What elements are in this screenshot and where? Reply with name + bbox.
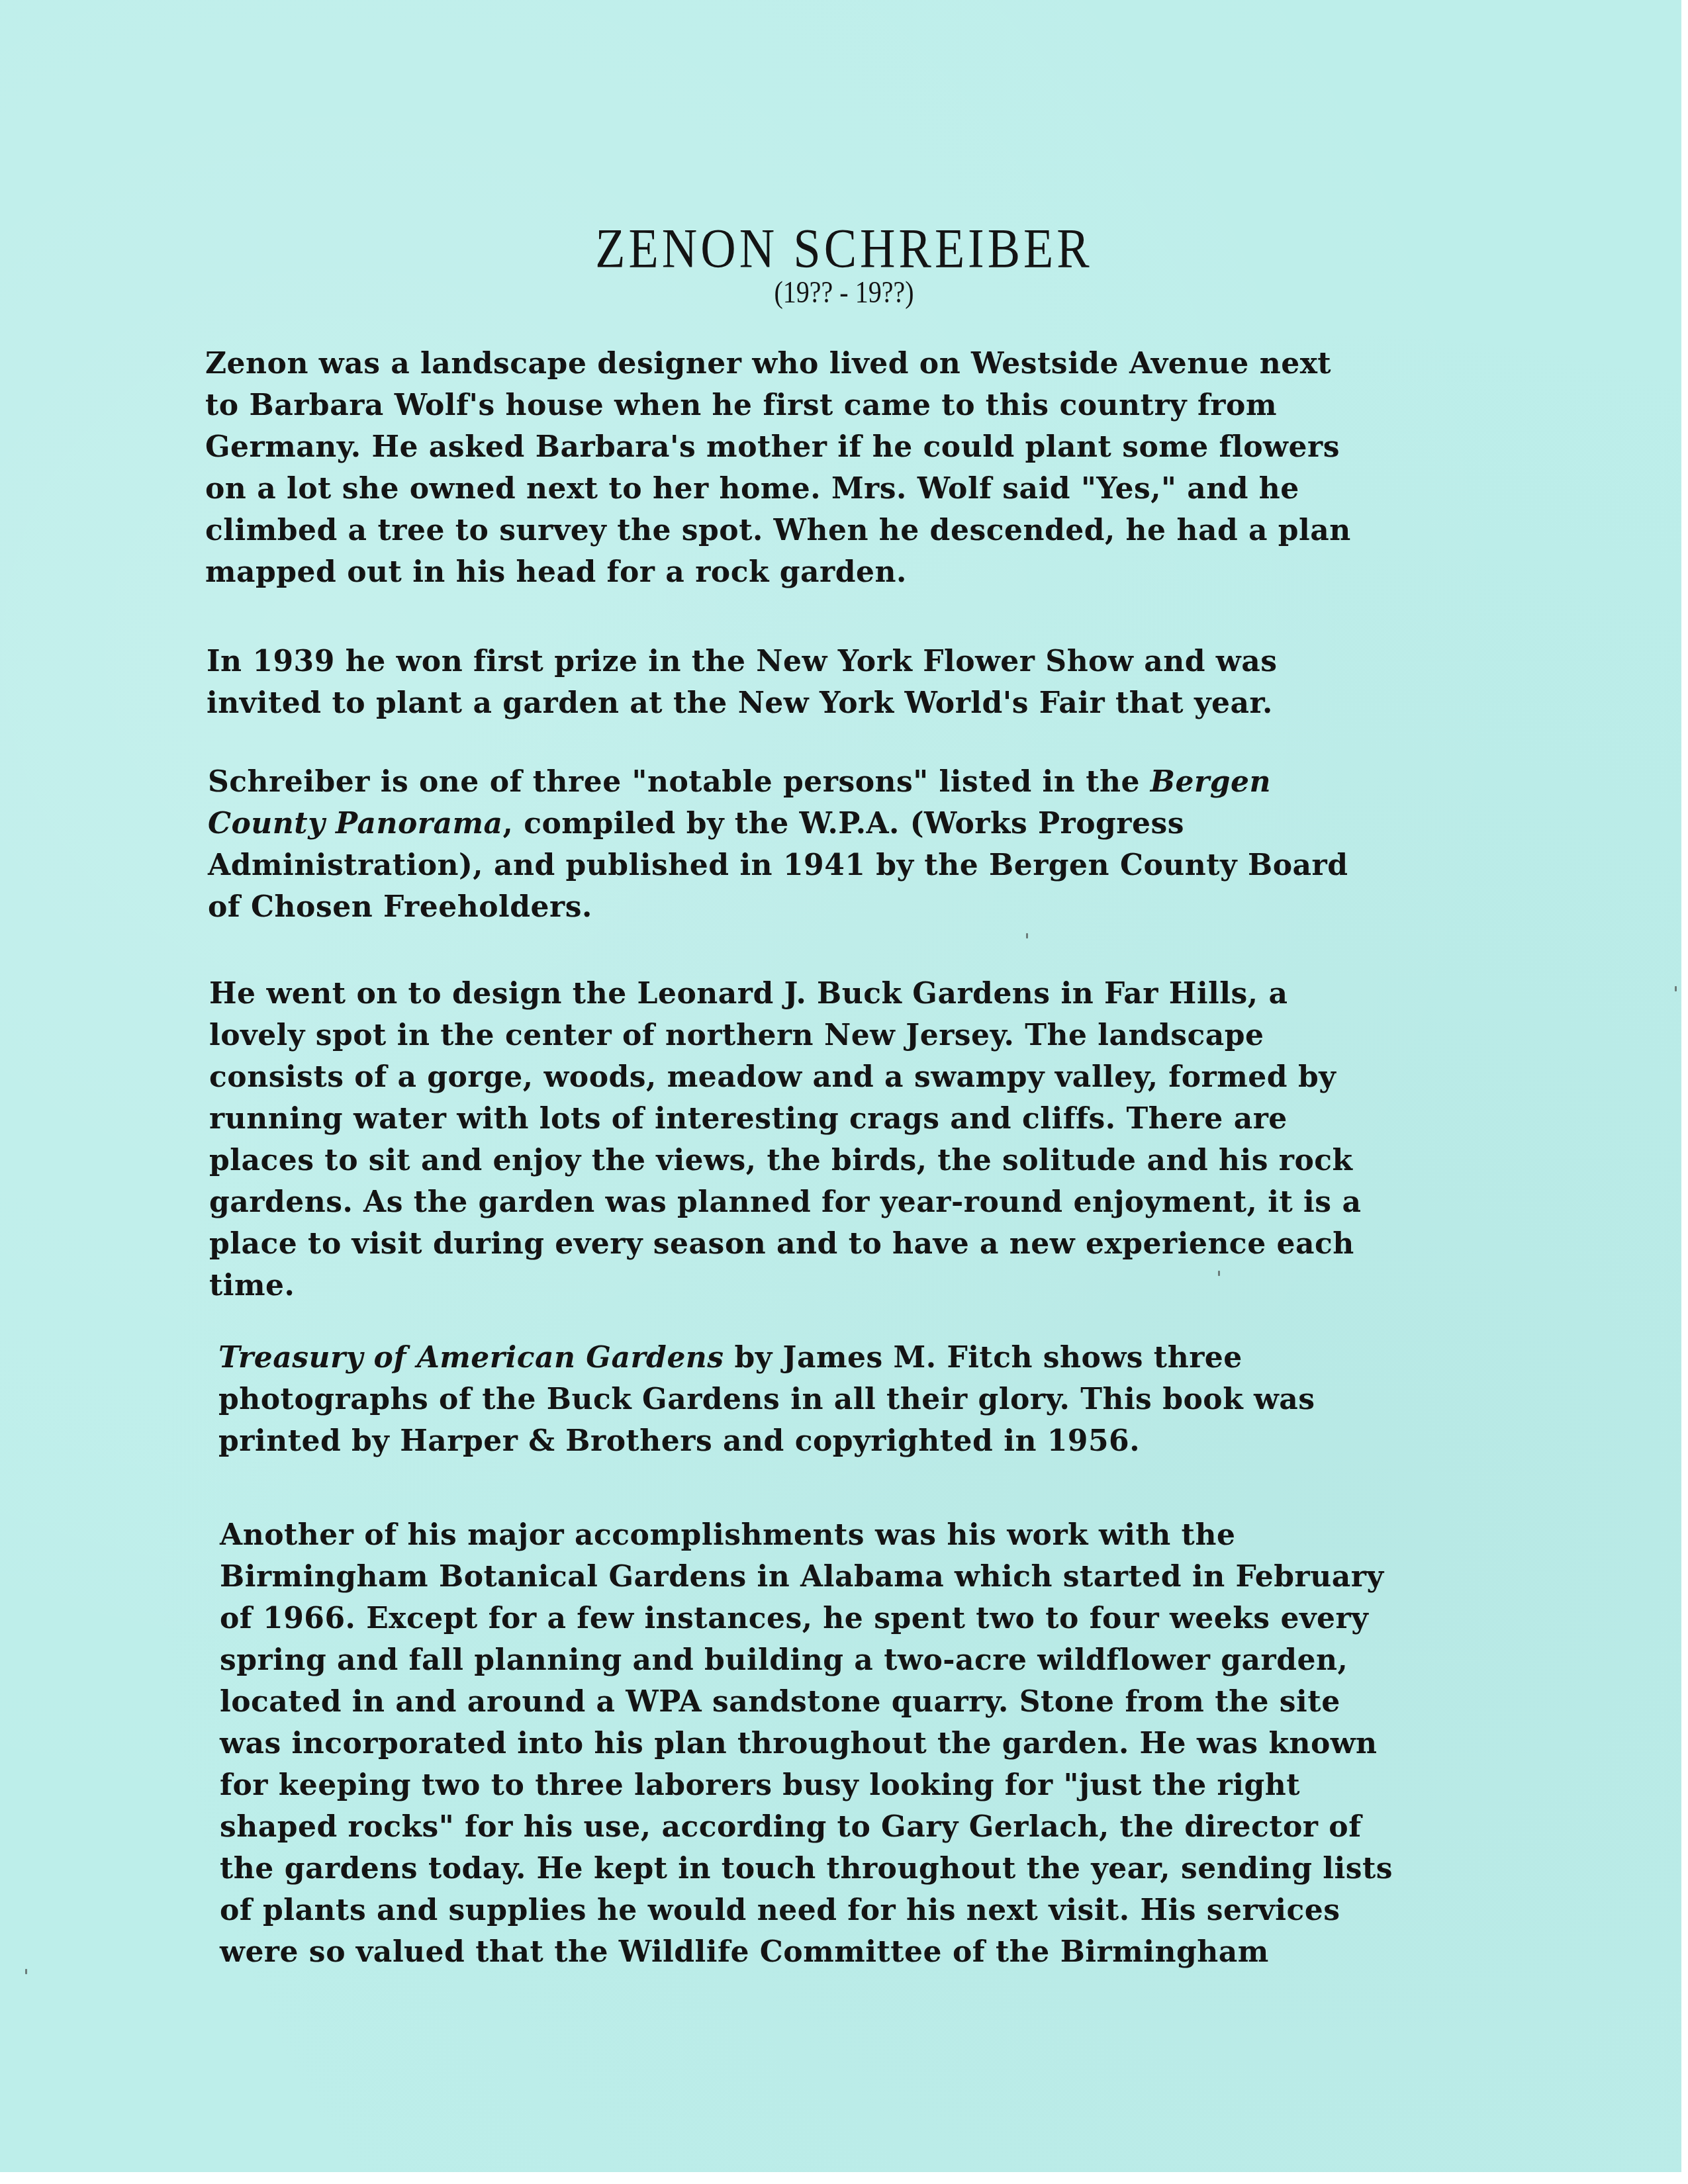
scan-speck	[25, 1969, 27, 1974]
text-line: Birmingham Botanical Gardens in Alabama …	[220, 1556, 1393, 1598]
text-line: the gardens today. He kept in touch thro…	[220, 1848, 1393, 1889]
text-line: Another of his major accomplishments was…	[220, 1514, 1393, 1556]
text-line: In 1939 he won first prize in the New Yo…	[207, 641, 1277, 682]
scan-speck	[1026, 933, 1028, 938]
text-line: spring and fall planning and building a …	[220, 1639, 1393, 1681]
text-line: Schreiber is one of three "notable perso…	[208, 761, 1348, 803]
text-line: Zenon was a landscape designer who lived…	[205, 343, 1351, 385]
text-line: of Chosen Freeholders.	[208, 886, 1348, 928]
text-line: was incorporated into his plan throughou…	[220, 1723, 1393, 1764]
text-line: Treasury of American Gardens by James M.…	[218, 1337, 1315, 1379]
text-segment: by James M. Fitch shows three	[724, 1341, 1243, 1375]
text-line: running water with lots of interesting c…	[209, 1098, 1361, 1140]
paragraph-notable-persons: Schreiber is one of three "notable perso…	[208, 761, 1348, 928]
book-title-italic: Treasury of American Gardens	[218, 1341, 724, 1375]
book-title-italic: Bergen	[1150, 765, 1271, 799]
paragraph-flower-show: In 1939 he won first prize in the New Yo…	[207, 641, 1277, 724]
text-line: photographs of the Buck Gardens in all t…	[218, 1379, 1315, 1420]
document-page: ZENON SCHREIBER (19?? - 19??) Zenon was …	[0, 0, 1688, 2184]
text-line: consists of a gorge, woods, meadow and a…	[209, 1056, 1361, 1098]
life-dates: (19?? - 19??)	[0, 273, 1688, 312]
text-line: gardens. As the garden was planned for y…	[209, 1181, 1361, 1223]
text-line: on a lot she owned next to her home. Mrs…	[205, 468, 1351, 510]
text-line: were so valued that the Wildlife Committ…	[220, 1931, 1393, 1973]
text-line: printed by Harper & Brothers and copyrig…	[218, 1420, 1315, 1462]
paragraph-intro: Zenon was a landscape designer who lived…	[205, 343, 1351, 593]
text-line: for keeping two to three laborers busy l…	[220, 1764, 1393, 1806]
paragraph-treasury: Treasury of American Gardens by James M.…	[218, 1337, 1315, 1462]
text-segment: , compiled by the W.P.A. (Works Progress	[503, 807, 1185, 841]
text-line: invited to plant a garden at the New Yor…	[207, 682, 1277, 724]
text-line: County Panorama, compiled by the W.P.A. …	[208, 803, 1348, 844]
paragraph-buck-gardens: He went on to design the Leonard J. Buck…	[209, 973, 1361, 1306]
paragraph-birmingham: Another of his major accomplishments was…	[220, 1514, 1393, 1973]
text-line: time.	[209, 1265, 1361, 1306]
text-line: Germany. He asked Barbara's mother if he…	[205, 426, 1351, 468]
text-line: Administration), and published in 1941 b…	[208, 844, 1348, 886]
text-line: located in and around a WPA sandstone qu…	[220, 1681, 1393, 1723]
text-line: lovely spot in the center of northern Ne…	[209, 1015, 1361, 1056]
text-line: of plants and supplies he would need for…	[220, 1889, 1393, 1931]
text-segment: Schreiber is one of three "notable perso…	[208, 765, 1150, 799]
text-line: place to visit during every season and t…	[209, 1223, 1361, 1265]
book-title-italic: County Panorama	[208, 807, 503, 841]
text-line: to Barbara Wolf's house when he first ca…	[205, 385, 1351, 426]
text-line: places to sit and enjoy the views, the b…	[209, 1140, 1361, 1181]
text-line: shaped rocks" for his use, according to …	[220, 1806, 1393, 1848]
text-line: climbed a tree to survey the spot. When …	[205, 510, 1351, 551]
text-line: He went on to design the Leonard J. Buck…	[209, 973, 1361, 1015]
text-line: of 1966. Except for a few instances, he …	[220, 1598, 1393, 1639]
scan-speck	[1218, 1271, 1220, 1276]
scan-speck	[1675, 986, 1677, 991]
text-line: mapped out in his head for a rock garden…	[205, 551, 1351, 593]
